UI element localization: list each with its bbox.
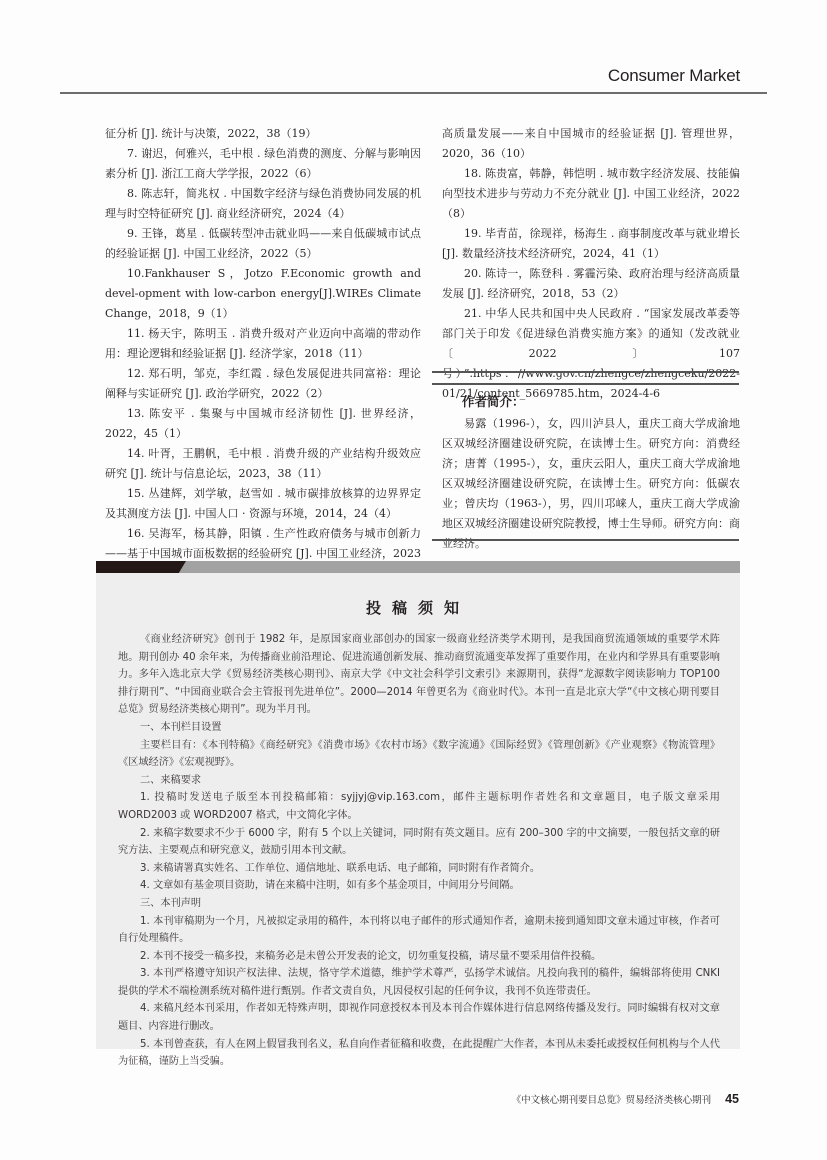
notice-paragraph: 5. 本刊曾查获，有人在网上假冒我刊名义，私自向作者征稿和收费，在此提醒广大作者… xyxy=(118,1036,720,1071)
references-right-column: 高质量发展——来自中国城市的经验证据 [J]. 管理世界，2020，36（10）… xyxy=(442,124,740,404)
notice-title: 投稿须知 xyxy=(96,597,740,618)
notice-body: 《商业经济研究》创刊于 1982 年，是原国家商业部创办的国家一级商业经济类学术… xyxy=(118,631,720,1071)
notice-paragraph: 4. 文章如有基金项目资助，请在来稿中注明，如有多个基金项目，中间用分号间隔。 xyxy=(118,877,720,895)
notice-paragraph: 4. 来稿凡经本刊采用，作者如无特殊声明，即视作同意授权本刊及本刊合作媒体进行信… xyxy=(118,1000,720,1035)
notice-paragraph: 1. 投稿时发送电子版至本刊投稿邮箱：syjjyj@vip.163.com，邮件… xyxy=(118,789,720,824)
divider-line xyxy=(432,539,739,541)
notice-header-bar xyxy=(96,561,740,573)
divider-line xyxy=(432,383,739,385)
author-intro-title: 作者简介： xyxy=(462,392,525,410)
reference-item: 11. 杨天宇，陈明玉 . 消费升级对产业迈向中高端的带动作用：理论逻辑和经验证… xyxy=(105,324,421,364)
author-intro-body: 易露（1996-），女，四川泸县人，重庆工商大学成渝地区双城经济圈建设研究院，在… xyxy=(442,414,740,554)
reference-item: 7. 谢迟，何雅兴，毛中根 . 绿色消费的测度、分解与影响因素分析 [J]. 浙… xyxy=(105,144,421,184)
reference-item: 征分析 [J]. 统计与决策，2022，38（19） xyxy=(105,124,421,144)
footer-journal-note: 《中文核心期刊要目总览》贸易经济类核心期刊 xyxy=(512,1095,712,1106)
reference-item: 18. 陈贵富，韩静，韩恺明 . 城市数字经济发展、技能偏向型技术进步与劳动力不… xyxy=(442,164,740,224)
notice-paragraph: 主要栏目有：《本刊特稿》《商经研究》《消费市场》《农村市场》《数字流通》《国际经… xyxy=(118,737,720,772)
notice-paragraph: 2. 本刊不接受一稿多投，来稿务必是未曾公开发表的论文，切勿重复投稿，请尽量不要… xyxy=(118,948,720,966)
notice-paragraph: 1. 本刊审稿期为一个月，凡被拟定录用的稿件，本刊将以电子邮件的形式通知作者，逾… xyxy=(118,913,720,948)
header-rule xyxy=(60,92,767,94)
reference-item: 9. 王锋，葛星 . 低碳转型冲击就业吗——来自低碳城市试点的经验证据 [J].… xyxy=(105,224,421,264)
references-left-column: 征分析 [J]. 统计与决策，2022，38（19） 7. 谢迟，何雅兴，毛中根… xyxy=(105,124,421,604)
notice-paragraph: 3. 本刊严格遵守知识产权法律、法规，恪守学术道德，维护学术尊严，弘扬学术诚信。… xyxy=(118,965,720,1000)
notice-heading: 一、本刊栏目设置 xyxy=(118,719,720,737)
notice-header-accent xyxy=(96,561,186,573)
submission-notice-box: 投稿须知 《商业经济研究》创刊于 1982 年，是原国家商业部创办的国家一级商业… xyxy=(96,561,740,1049)
reference-item: 15. 丛建辉，刘学敏，赵雪如 . 城市碳排放核算的边界界定及其测度方法 [J]… xyxy=(105,484,421,524)
reference-item: 19. 毕青苗，徐现祥，杨海生 . 商事制度改革与就业增长 [J]. 数量经济技… xyxy=(442,224,740,264)
notice-heading: 三、本刊声明 xyxy=(118,895,720,913)
notice-paragraph: 2. 来稿字数要求不少于 6000 字，附有 5 个以上关键词，同时附有英文题目… xyxy=(118,825,720,860)
page-number: 45 xyxy=(725,1092,739,1106)
divider-line xyxy=(432,371,739,373)
reference-item: 20. 陈诗一，陈登科 . 雾霾污染、政府治理与经济高质量发展 [J]. 经济研… xyxy=(442,264,740,304)
reference-item: 21. 中华人民共和国中央人民政府 . “国家发展改革委等部门关于印发《促进绿色… xyxy=(442,304,740,404)
reference-item: 13. 陈安平 . 集聚与中国城市经济韧性 [J]. 世界经济，2022，45（… xyxy=(105,404,421,444)
reference-item: 12. 郑石明，邹克，李红霞 . 绿色发展促进共同富裕：理论阐释与实证研究 [J… xyxy=(105,364,421,404)
notice-paragraph: 3. 来稿请署真实姓名、工作单位、通信地址、联系电话、电子邮箱，同时附有作者简介… xyxy=(118,860,720,878)
section-title: Consumer Market xyxy=(608,66,740,86)
notice-heading: 二、来稿要求 xyxy=(118,772,720,790)
reference-item: 10.Fankhauser S，Jotzo F.Economic growth … xyxy=(105,264,421,324)
reference-item: 8. 陈志轩，简兆权 . 中国数字经济与绿色消费协同发展的机理与时空特征研究 [… xyxy=(105,184,421,224)
reference-item: 高质量发展——来自中国城市的经验证据 [J]. 管理世界，2020，36（10） xyxy=(442,124,740,164)
reference-item: 14. 叶胥，王鹏帆，毛中根 . 消费升级的产业结构升级效应研究 [J]. 统计… xyxy=(105,444,421,484)
page-footer: 《中文核心期刊要目总览》贸易经济类核心期刊45 xyxy=(512,1092,739,1106)
notice-paragraph: 《商业经济研究》创刊于 1982 年，是原国家商业部创办的国家一级商业经济类学术… xyxy=(118,631,720,719)
